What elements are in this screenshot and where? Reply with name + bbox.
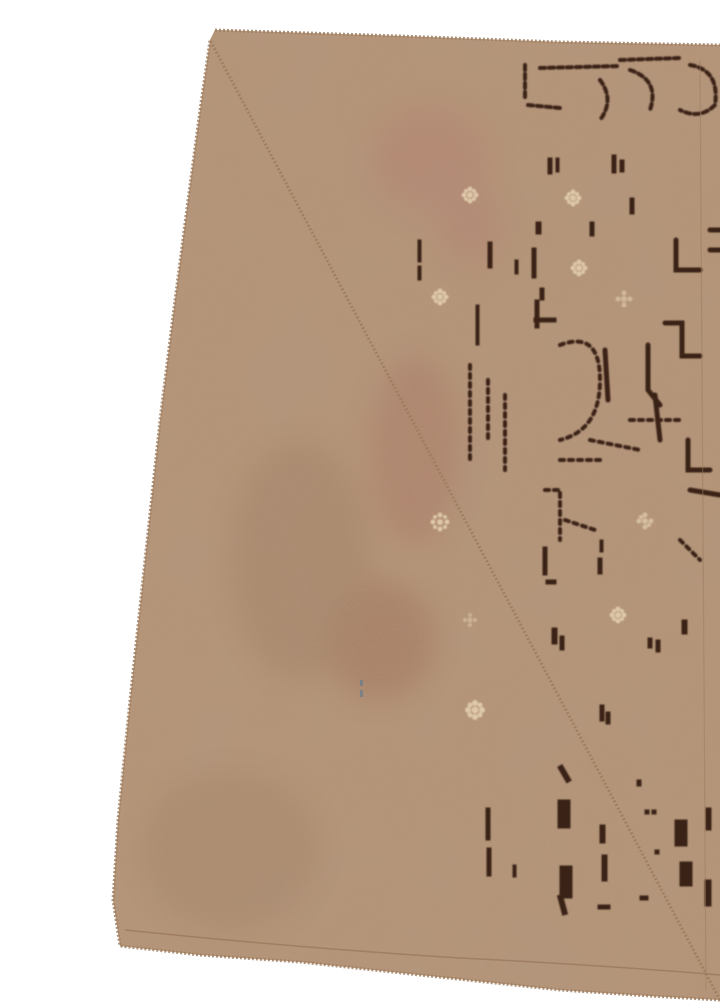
product-photo [0,0,720,1008]
rug-field [0,0,720,1008]
rug [0,0,720,1008]
